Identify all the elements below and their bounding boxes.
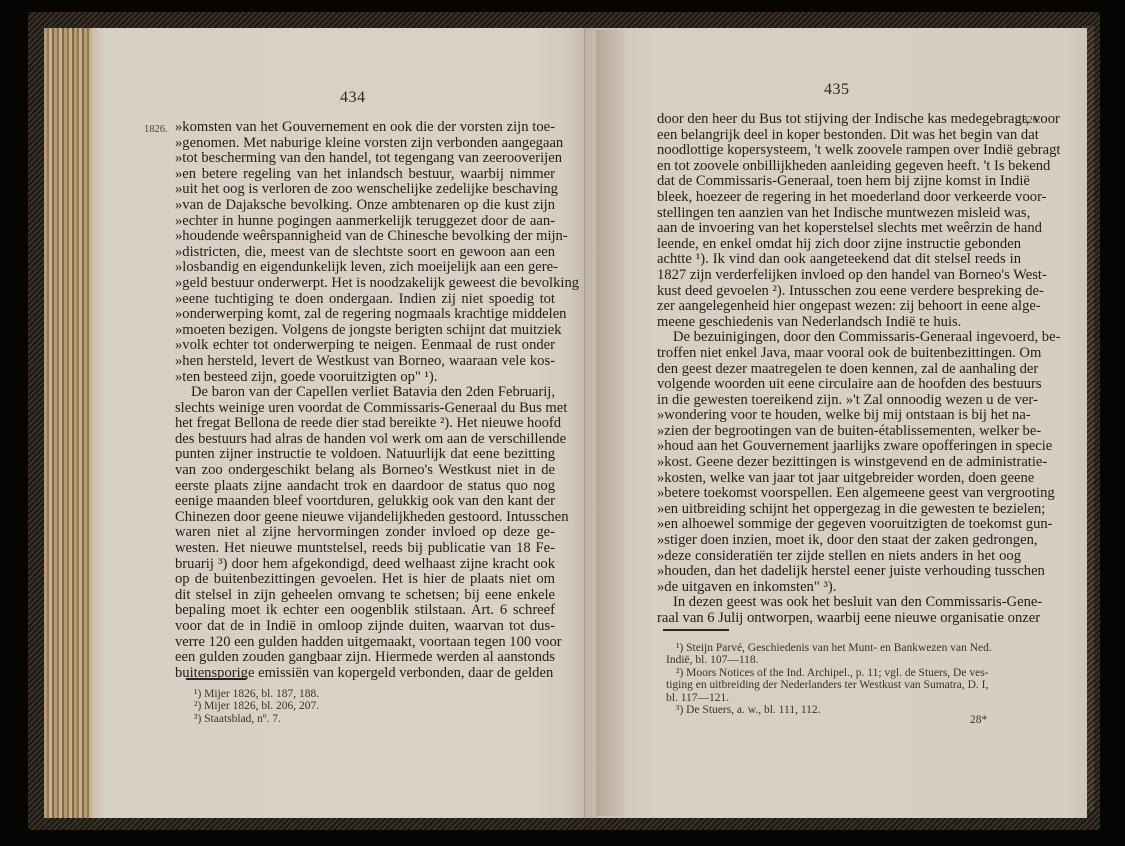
text-line: »hen hersteld, levert de Westkust van Bo… <box>175 354 555 370</box>
text-line: troffen niet enkel Java, maar vooral ook… <box>657 346 1021 362</box>
text-line: »houden, dan het dadelijk herstel eener … <box>657 564 1021 580</box>
footnote: ²) Mijer 1826, bl. 206, 207. <box>194 700 319 712</box>
text-line: »en uitbreiding schijnt het oppergezag i… <box>657 502 1021 518</box>
text-line: »geld bestuur onderwerpt. Het is noodzak… <box>175 276 555 292</box>
text-line: »kosten, welke van jaar tot jaar uitgebr… <box>657 471 1021 487</box>
left-page-number: 434 <box>340 89 366 107</box>
text-line: leende, en enkel omdat hij zich door zij… <box>657 237 1021 253</box>
text-line: »en alhoewel sommige der gegeven vooruit… <box>657 517 1021 533</box>
text-line: des bestuurs had alras de handen vol wer… <box>175 432 555 448</box>
text-line: bruarij ³) door hem afgekondigd, deed we… <box>175 557 555 573</box>
text-line: dat de Commissaris-Generaal, toen hem bi… <box>657 174 1021 190</box>
left-margin-year: 1826. <box>144 124 168 135</box>
text-line: »districten, die, meest van de slechtste… <box>175 245 555 261</box>
text-line: »eene tuchtiging te doen ondergaan. Indi… <box>175 292 555 308</box>
right-page-number: 435 <box>824 81 850 99</box>
text-line: en tot zoovele onbillijkheden aanleiding… <box>657 159 1021 175</box>
text-line: »komsten van het Gouvernement en ook die… <box>175 120 555 136</box>
text-line: eenige maanden bleef voortduren, gelukki… <box>175 494 555 510</box>
text-line: bleek, hoezeer de regering in het moeder… <box>657 190 1021 206</box>
text-line: op de buitenbezittingen gevoelen. Het is… <box>175 572 555 588</box>
text-line: een belangrijk deel in koper bestonden. … <box>657 128 1021 144</box>
text-line: zer aangelegenheid hier ongepast wezen: … <box>657 299 1021 315</box>
text-line: waren niet al zijne hervormingen zonder … <box>175 525 555 541</box>
text-line: »kost. Geene dezer bezittingen is winstg… <box>657 455 1021 471</box>
text-line: »genomen. Met naburige kleine vorsten zi… <box>175 136 555 152</box>
text-line: De baron van der Capellen verliet Batavi… <box>175 385 555 401</box>
text-line: bepaling moet ik echter een oogenblik st… <box>175 603 555 619</box>
text-line: meene geschiedenis van Nederlandsch Indi… <box>657 315 1021 331</box>
text-line: het fregat Bellona de reede dier stad be… <box>175 416 555 432</box>
text-line: »tot bescherming van den handel, tot teg… <box>175 151 555 167</box>
footnote: ³) De Stuers, a. w., bl. 111, 112. <box>666 704 1022 716</box>
text-line: In dezen geest was ook het besluit van d… <box>657 595 1021 611</box>
text-line: »en betere regeling van het inlandsch be… <box>175 167 555 183</box>
text-line: De bezuinigingen, door den Commissaris-G… <box>657 330 1021 346</box>
text-line: »ten besteed zijn, goede vooruitzigten o… <box>175 370 555 386</box>
text-line: raal van 6 Julij ontworpen, waarbij eene… <box>657 611 1021 627</box>
text-line: verre 120 een gulden hadden uitgemaakt, … <box>175 635 555 651</box>
right-footnote-rule <box>663 629 729 631</box>
text-line: »volk echter tot onderwerping te neigen.… <box>175 338 555 354</box>
text-line: in die gewesten toereikend zijn. »'t Zal… <box>657 393 1021 409</box>
footnote: bl. 117—121. <box>666 692 1022 704</box>
page-edges-left <box>44 28 92 818</box>
text-line: »zien der begrootingen van de buiten-éta… <box>657 424 1021 440</box>
text-line: slechts weinige uren voordat de Commissa… <box>175 401 555 417</box>
text-line: noodlottige kopersysteem, 't welk zoovel… <box>657 143 1021 159</box>
right-footnotes: ¹) Steijn Parvé, Geschiedenis van het Mu… <box>666 642 1022 716</box>
footnote: ¹) Steijn Parvé, Geschiedenis van het Mu… <box>666 642 1022 654</box>
text-line: volgende woorden uit eene circulaire aan… <box>657 377 1021 393</box>
text-line: den geest dezer maatregelen te doen kenn… <box>657 362 1021 378</box>
text-line: »uit het oog is verloren de zoo wenschel… <box>175 182 555 198</box>
left-body-text: »komsten van het Gouvernement en ook die… <box>175 120 555 681</box>
text-line: »deze consideratiën ter zijde stellen en… <box>657 549 1021 565</box>
text-line: kust deed gevoelen ²). Intusschen zou ee… <box>657 284 1021 300</box>
left-footnotes: ¹) Mijer 1826, bl. 187, 188.²) Mijer 182… <box>194 688 319 725</box>
text-line: »moeten bezigen. Volgens de jongste beri… <box>175 323 555 339</box>
left-footnote-rule <box>186 678 246 680</box>
text-line: aan de invoering van het koperstelsel sl… <box>657 221 1021 237</box>
text-line: een gulden zouden gangbaar zijn. Hiermed… <box>175 650 555 666</box>
text-line: Chinezen door geene nieuwe vijandelijkhe… <box>175 510 555 526</box>
text-line: »betere toekomst voorspellen. Een algeme… <box>657 486 1021 502</box>
footnote: Indië, bl. 107—118. <box>666 654 1022 666</box>
gutter-shadow <box>596 30 624 816</box>
text-line: voor dat de in Indië in omloop zijnde du… <box>175 619 555 635</box>
signature-mark: 28* <box>970 714 987 726</box>
text-line: »losbandig en eigendunkelijk leven, zich… <box>175 260 555 276</box>
footnote: tiging en uitbreiding der Nederlanders t… <box>666 679 1022 691</box>
footnote: ¹) Mijer 1826, bl. 187, 188. <box>194 688 319 700</box>
text-line: achtte ¹). Ik vind dan ook aangeteekend … <box>657 252 1021 268</box>
text-line: door den heer du Bus tot stijving der In… <box>657 112 1021 128</box>
footnote: ³) Staatsblad, nº. 7. <box>194 713 319 725</box>
text-line: westen. Het nieuwe muntstelsel, reeds bi… <box>175 541 555 557</box>
text-line: van zoo ondergeschikt belang als Borneo'… <box>175 463 555 479</box>
text-line: »houdende weêrspannigheid van de Chinesc… <box>175 229 555 245</box>
text-line: »wondering voor te houden, welke bij mij… <box>657 408 1021 424</box>
footnote: ²) Moors Notices of the Ind. Archipel., … <box>666 667 1022 679</box>
text-line: stellingen ten aanzien van het Indische … <box>657 206 1021 222</box>
right-body-text: door den heer du Bus tot stijving der In… <box>657 112 1021 627</box>
text-line: »houd aan het Gouvernement jaarlijks zwa… <box>657 439 1021 455</box>
text-line: »onderwerping komt, zal de regering nogm… <box>175 307 555 323</box>
text-line: 1827 zijn verderfelijken invloed op den … <box>657 268 1021 284</box>
text-line: »van de Dajaksche bevolking. Onze ambten… <box>175 198 555 214</box>
text-line: eerste plaats zijne aandacht trok en daa… <box>175 479 555 495</box>
text-line: punten zijner instructie te voldoen. Nat… <box>175 447 555 463</box>
text-line: »echter in hunne pogingen aanmerkelijk t… <box>175 214 555 230</box>
text-line: dit stelsel in zijn geheelen omvang te s… <box>175 588 555 604</box>
text-line: »de uitgaven en inkomsten" ³). <box>657 580 1021 596</box>
text-line: »stiger doen inzien, moet ik, door den s… <box>657 533 1021 549</box>
